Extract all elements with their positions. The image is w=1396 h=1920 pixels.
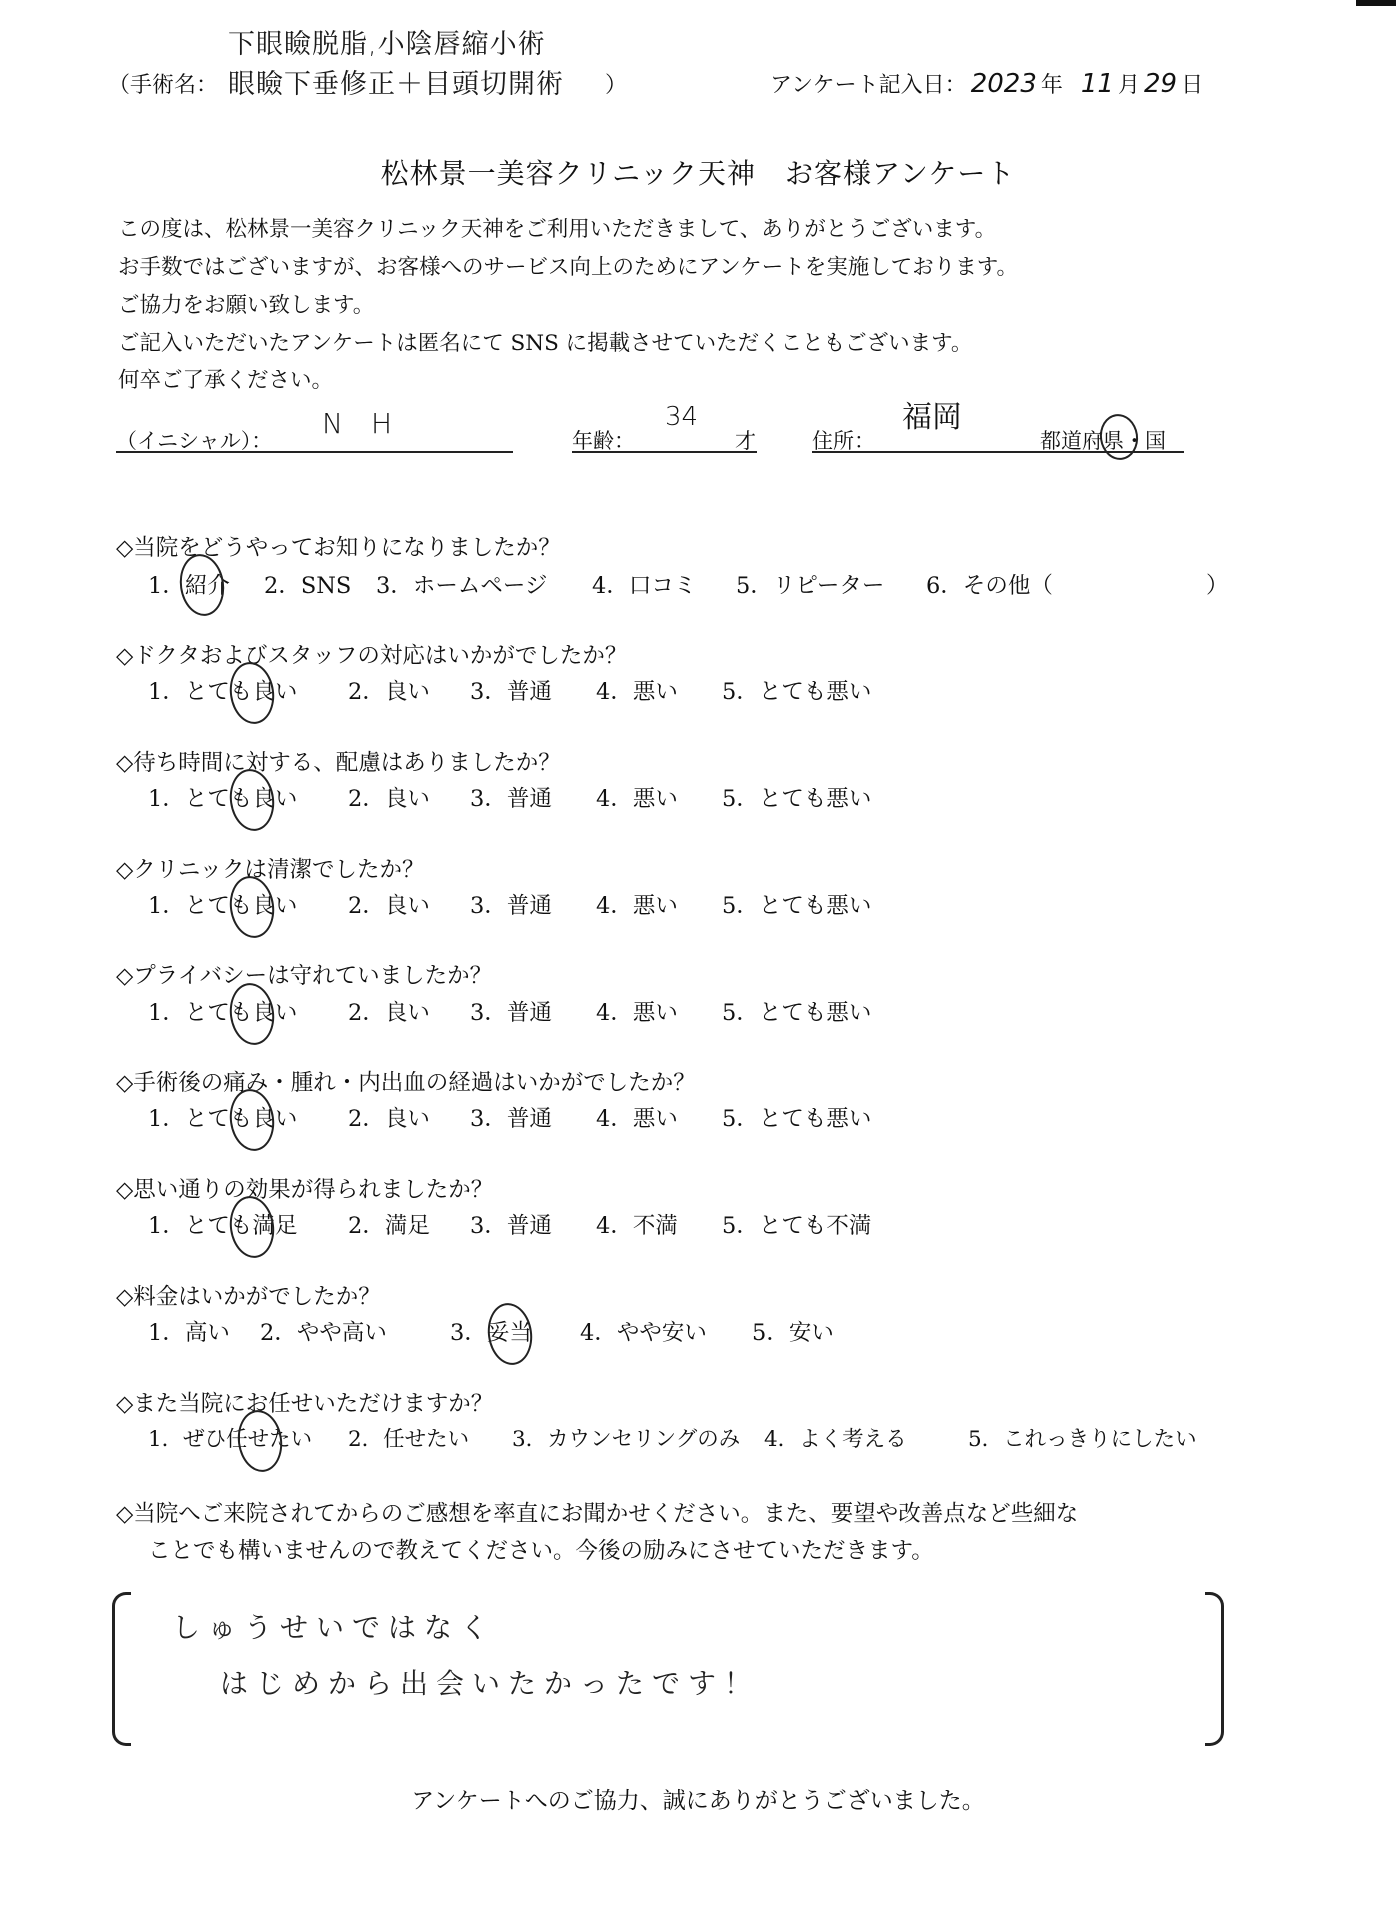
q8-option-4[interactable]: 4．やや安い <box>580 1315 707 1347</box>
q8-option-5[interactable]: 5．安い <box>752 1315 834 1347</box>
q2-option-3[interactable]: 3．普通 <box>470 674 552 706</box>
q1-option-6[interactable]: 6．その他（ <box>926 568 1053 600</box>
q8-option-2[interactable]: 2．やや高い <box>260 1315 387 1347</box>
initials-value: N H <box>322 402 392 442</box>
procedure-handwritten-line2: 眼瞼下垂修正＋目頭切開術 <box>228 62 564 101</box>
question-4-text: ◇クリニックは清潔でしたか？ <box>116 852 424 884</box>
q7-option-4[interactable]: 4．不満 <box>596 1208 678 1240</box>
q3-option-5[interactable]: 5．とても悪い <box>722 781 871 813</box>
q9-option-1[interactable]: 1．ぜひ任せたい <box>148 1422 312 1453</box>
intro-line-1: この度は、松林景一美容クリニック天神をご利用いただきまして、ありがとうございます… <box>118 212 996 243</box>
q2-option-1[interactable]: 1．とても良い <box>148 674 297 706</box>
q7-option-2[interactable]: 2．満足 <box>348 1208 430 1240</box>
q8-selected-circle <box>484 1300 536 1368</box>
comment-right-bracket <box>1205 1592 1224 1746</box>
q7-option-1[interactable]: 1．とても満足 <box>148 1208 297 1240</box>
date-month: 11 <box>1081 69 1114 99</box>
intro-line-2: お手数ではございますが、お客様へのサービス向上のためにアンケートを実施しておりま… <box>118 250 1018 281</box>
procedure-label: （手術名： <box>108 68 218 99</box>
q6-option-5[interactable]: 5．とても悪い <box>722 1101 871 1133</box>
age-value: 34 <box>665 402 698 432</box>
q3-option-3[interactable]: 3．普通 <box>470 781 552 813</box>
page-title: 松林景一美容クリニック天神 お客様アンケート <box>0 152 1396 192</box>
q6-option-2[interactable]: 2．良い <box>348 1101 430 1133</box>
q5-option-4[interactable]: 4．悪い <box>596 995 678 1027</box>
q5-option-5[interactable]: 5．とても悪い <box>722 995 871 1027</box>
q8-option-1[interactable]: 1．高い <box>148 1315 230 1347</box>
q5-option-2[interactable]: 2．良い <box>348 995 430 1027</box>
procedure-close-paren: ） <box>605 68 627 99</box>
q2-option-4[interactable]: 4．悪い <box>596 674 678 706</box>
q3-option-2[interactable]: 2．良い <box>348 781 430 813</box>
intro-line-4: ご記入いただいたアンケートは匿名にて SNS に掲載させていただくこともございま… <box>118 326 972 357</box>
question-7-text: ◇思い通りの効果が得られましたか？ <box>116 1172 493 1204</box>
q2-option-2[interactable]: 2．良い <box>348 674 430 706</box>
survey-date: アンケート記入日：2023年11月29日 <box>770 68 1203 99</box>
q5-option-1[interactable]: 1．とても良い <box>148 995 297 1027</box>
question-9-text: ◇また当院にお任せいただけますか？ <box>116 1386 493 1418</box>
q7-option-5[interactable]: 5．とても不満 <box>722 1208 871 1240</box>
feedback-comment-box[interactable]: しゅうせいではなく はじめから出会いたかったです！ <box>112 1592 1224 1740</box>
q6-option-1[interactable]: 1．とても良い <box>148 1101 297 1133</box>
comment-left-bracket <box>112 1592 131 1746</box>
q1-option-4[interactable]: 4．口コミ <box>592 568 696 600</box>
address-underline <box>812 451 1184 453</box>
feedback-answer-line-1: しゅうせいではなく <box>172 1606 496 1646</box>
question-2-text: ◇ドクタおよびスタッフの対応はいかがでしたか？ <box>116 638 627 670</box>
q9-option-2[interactable]: 2．任せたい <box>348 1422 469 1453</box>
q4-option-4[interactable]: 4．悪い <box>596 888 678 920</box>
date-year: 2023 <box>971 69 1037 99</box>
date-label: アンケート記入日： <box>770 73 967 98</box>
q6-option-3[interactable]: 3．普通 <box>470 1101 552 1133</box>
question-8-text: ◇料金はいかがでしたか？ <box>116 1279 381 1311</box>
question-5-text: ◇プライバシーは守れていましたか？ <box>116 958 492 990</box>
q4-option-3[interactable]: 3．普通 <box>470 888 552 920</box>
feedback-prompt-line-1: ◇当院へご来院されてからのご感想を率直にお聞かせください。また、要望や改善点など… <box>116 1496 1078 1528</box>
q1-option-6-close: ） <box>1206 568 1229 600</box>
feedback-prompt-line-2: ことでも構いませんので教えてください。今後の励みにさせていただきます。 <box>148 1533 934 1565</box>
q1-option-5[interactable]: 5．リピーター <box>736 568 884 600</box>
feedback-answer-line-2: はじめから出会いたかったです！ <box>220 1662 760 1702</box>
q4-option-2[interactable]: 2．良い <box>348 888 430 920</box>
date-year-unit: 年 <box>1041 73 1063 98</box>
q4-option-1[interactable]: 1．とても良い <box>148 888 297 920</box>
date-day-unit: 日 <box>1181 73 1203 98</box>
date-day: 29 <box>1144 69 1177 99</box>
address-value: 福岡 <box>902 392 962 436</box>
q9-option-5[interactable]: 5．これっきりにしたい <box>968 1422 1197 1453</box>
q3-option-1[interactable]: 1．とても良い <box>148 781 297 813</box>
footer-thanks: アンケートへのご協力、誠にありがとうございました。 <box>0 1782 1396 1815</box>
q2-option-5[interactable]: 5．とても悪い <box>722 674 871 706</box>
date-month-unit: 月 <box>1118 73 1140 98</box>
q9-option-3[interactable]: 3．カウンセリングのみ <box>512 1422 740 1453</box>
q9-option-4[interactable]: 4．よく考える <box>764 1422 907 1453</box>
question-1-text: ◇当院をどうやってお知りになりましたか？ <box>116 530 561 562</box>
intro-line-3: ご協力をお願い致します。 <box>118 288 374 319</box>
q6-option-4[interactable]: 4．悪い <box>596 1101 678 1133</box>
q4-option-5[interactable]: 5．とても悪い <box>722 888 871 920</box>
q3-option-4[interactable]: 4．悪い <box>596 781 678 813</box>
intro-line-5: 何卒ご了承ください。 <box>118 363 333 394</box>
q5-selected-circle <box>226 980 278 1048</box>
q7-option-3[interactable]: 3．普通 <box>470 1208 552 1240</box>
question-6-text: ◇手術後の痛み・腫れ・内出血の経過はいかがでしたか？ <box>116 1065 696 1097</box>
procedure-handwritten-line1: 下眼瞼脱脂,小陰唇縮小術 <box>228 22 546 61</box>
question-3-text: ◇待ち時間に対する、配慮はありましたか？ <box>116 745 561 777</box>
q1-option-3[interactable]: 3．ホームページ <box>376 568 547 600</box>
q5-option-3[interactable]: 3．普通 <box>470 995 552 1027</box>
scan-edge-mark <box>1356 0 1396 6</box>
initials-underline <box>116 451 513 453</box>
age-underline <box>572 451 757 453</box>
q1-option-2[interactable]: 2．SNS <box>264 568 351 600</box>
